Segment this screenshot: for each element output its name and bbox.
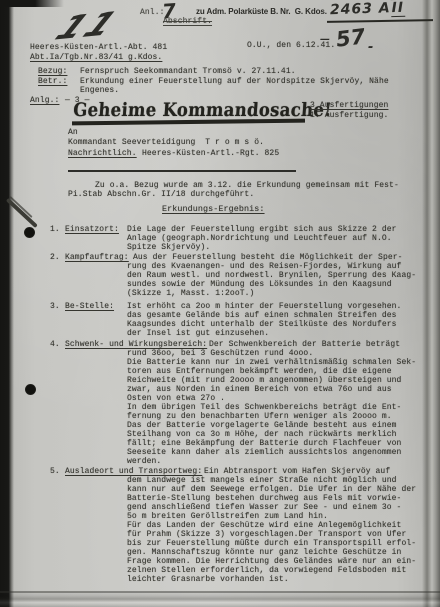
item-number: 1.: [50, 225, 60, 234]
item-number: 3.: [50, 302, 60, 311]
copy-number: 1. Ausfertigung.: [310, 111, 388, 120]
handwritten-page-number: 11: [48, 3, 128, 47]
separator-rule: [68, 170, 296, 172]
intro-paragraph: Zu o.a. Bezug wurde am 3.12. die Erkundu…: [68, 181, 399, 199]
handwritten-gkdos-number: 2463 AII: [330, 0, 406, 18]
cc-unit: Heeres-Küsten-Artl.-Rgt. 825: [142, 149, 279, 158]
bezug-text: Fernspruch Seekommandant Tromsö v. 27.11…: [80, 67, 296, 76]
handwritten-page-mark: 57: [335, 24, 367, 51]
item-title: Kampfauftrag:: [65, 253, 129, 262]
handwritten-dash: —: [320, 34, 330, 45]
item-body: Aus der Feuerstellung besteht die Möglic…: [127, 253, 416, 298]
punch-hole: [24, 227, 35, 238]
scan-edge-right: [422, 0, 440, 607]
scan-edge-top: [0, 0, 64, 7]
gkdos-number-value: 2463 A: [330, 0, 391, 18]
betr-text: Erkundung einer Feuerstellung auf der No…: [80, 77, 389, 95]
unit-line-2: Abt.Ia/Tgb.Nr.83/41 g.Kdos.: [30, 53, 162, 62]
scanned-document-page: 11 Anl.: 7 Abschrift. zu Adm. Polarküste…: [0, 0, 440, 607]
anl-label: Anl.:: [140, 8, 165, 17]
item-body: Ein Abtransport vom Hafen Skjervöy auf d…: [127, 467, 416, 584]
results-heading: Erkundungs-Ergebnis:: [162, 205, 265, 214]
recipient: Kommandant Seeverteidigung T r o m s ö.: [68, 138, 264, 147]
geheime-kommandosache-stamp: Geheime Kommandosache!: [73, 99, 333, 120]
abschrift-crossed-out: Abschrift.: [163, 17, 212, 26]
anlg-label: Anlg.:: [30, 96, 59, 105]
copies-count: 3 Ausfertigungen: [310, 101, 388, 110]
scan-edge-bottom: [0, 591, 440, 607]
scan-edge-left: [0, 0, 14, 607]
adm-polarkueste-stamp: zu Adm. Polarküste B. Nr. G. Kdos.: [196, 7, 327, 16]
bezug-label: Bezug:: [38, 67, 67, 76]
salutation: An: [68, 128, 78, 137]
item-body: Ist erhöht ca 2oo m hinter der Feuerstel…: [127, 302, 401, 338]
gkdos-roman-suffix: II: [390, 0, 405, 17]
cc-label: Nachrichtlich.: [68, 149, 137, 158]
gkdos-underline: [327, 19, 433, 22]
item-number: 5.: [50, 467, 60, 476]
unit-line-1: Heeres-Küsten-Artl.-Abt. 481: [30, 43, 167, 52]
item-number: 2.: [50, 253, 60, 262]
item-body: Die Lage der Feuerstellung ergibt sich a…: [127, 225, 397, 252]
punch-hole: [25, 384, 36, 395]
item-title: Einsatzort:: [65, 225, 119, 234]
handwritten-dash: -: [368, 40, 373, 55]
betr-label: Betr.:: [38, 77, 67, 86]
item-number: 4.: [50, 340, 60, 349]
item-body: Der Schwenkbereich der Batterie beträgt …: [127, 340, 416, 466]
item-title: Be-Stelle:: [65, 302, 114, 311]
